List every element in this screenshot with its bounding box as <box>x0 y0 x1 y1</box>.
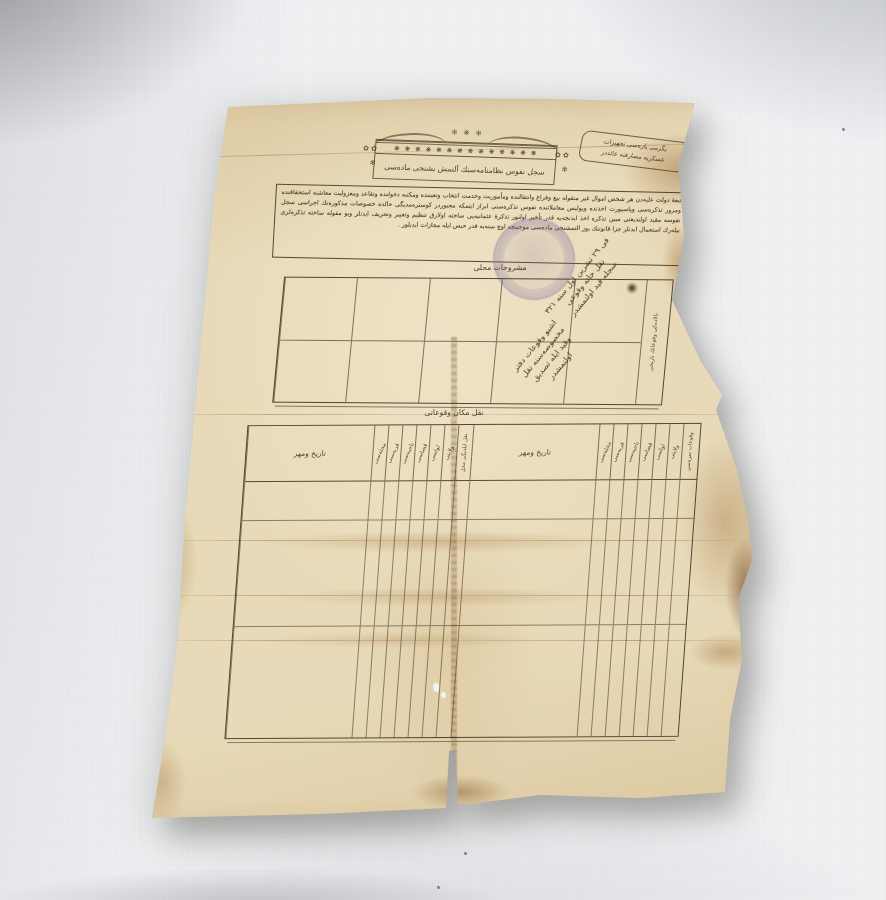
t2-cell <box>593 480 610 518</box>
photo-backdrop: يگرمى پاره‌سى تجهيزات عسكريه مصارفنه عائ… <box>0 0 886 900</box>
t2-col-label: ولايتى <box>669 444 681 460</box>
t2-col-header: تاريخ ومهر <box>244 426 374 483</box>
t2-cell <box>438 481 455 519</box>
t2-col-label: ولايتى <box>444 445 456 461</box>
t2-col-label: تاريخ ومهر <box>294 449 327 458</box>
t2-cell <box>234 520 368 627</box>
t2-cell <box>396 481 413 519</box>
t2-col-label: قضاسى <box>640 441 654 461</box>
t2-col-label: تاريخ ومهر <box>519 448 552 457</box>
flower-ornament-left: ✿ ✻ ✿ <box>359 144 378 178</box>
t2-col-label: ناحيه‌سى <box>400 442 415 465</box>
t2-col-header: تاريخ ومهر <box>469 424 599 481</box>
t2-cell <box>621 480 638 518</box>
transfer-title: نقل مكان وقوعاتى <box>386 408 522 417</box>
flower-ornament-right: ✿ ✻ ✿ <box>551 151 570 185</box>
t2-col-label: قريه‌سى <box>387 442 402 463</box>
t2-col-label: قريه‌سى <box>612 441 627 462</box>
t2-cell <box>241 482 370 521</box>
transfer-table: وقوعات نمره‌سىولايتىلواسىقضاسىناحيه‌سىقر… <box>224 423 701 739</box>
t2-cell <box>677 480 697 518</box>
t1-side-label: بالاده‌كى وقوعاتك تاريخى <box>649 313 660 371</box>
dust-speck <box>464 852 467 855</box>
t1-cell <box>418 341 496 404</box>
document-paper: يگرمى پاره‌سى تجهيزات عسكريه مصارفنه عائ… <box>140 92 760 832</box>
t1-cell <box>351 278 429 341</box>
t2-col-label: لواسى <box>655 443 668 460</box>
masthead-title: سجل نفوس نظامنامه‌سنك آلتمش بشنجى ماده‌س… <box>373 154 555 184</box>
t2-col-label: محله‌سى <box>597 441 612 464</box>
t2-cell <box>382 481 399 519</box>
dust-speck <box>842 128 845 131</box>
t2-cell <box>635 480 652 518</box>
annotations-table: بالاده‌كى وقوعاتك تاريخى فى ٢٩ تشرين اول… <box>272 277 674 406</box>
t2-cell <box>467 480 596 519</box>
t2-cell <box>225 626 359 739</box>
t2-col-label: محله‌سى <box>372 442 387 465</box>
t2-col-label: قضاسى <box>415 443 429 463</box>
paper-shadow-wrap: يگرمى پاره‌سى تجهيزات عسكريه مصارفنه عائ… <box>140 92 760 832</box>
t1-cell <box>424 279 502 342</box>
t2-col-label: وقوعات نمره‌سى <box>686 432 695 471</box>
dust-speck <box>437 886 440 889</box>
annotations-title: مشروحات محلى <box>430 263 570 272</box>
masthead: ✻ ❋ ✻ ✿ ✻ ✿ ✿ ✻ ✿ ❋ ❋ ❋ ❋ ❋ ❋ ❋ ❋ ❋ ❋ ❋ … <box>362 139 567 186</box>
t2-col-label: لواسى <box>430 444 443 461</box>
t2-cell <box>607 480 624 518</box>
t2-col-label: نقل ايلديگى محل <box>460 433 469 472</box>
t1-cell <box>346 340 424 403</box>
t2-cell <box>451 624 585 737</box>
t2-cell <box>410 481 427 519</box>
t2-cell <box>424 481 441 519</box>
t2-cell <box>368 481 385 519</box>
t2-col-label: ناحيه‌سى <box>625 440 640 463</box>
corner-note: يگرمى پاره‌سى تجهيزات عسكريه مصارفنه عائ… <box>577 130 690 174</box>
t1-cell <box>279 278 357 341</box>
t2-cell <box>452 481 470 519</box>
t1-cell <box>273 340 351 403</box>
t2-cell <box>649 480 666 518</box>
t2-cell <box>459 518 593 625</box>
t2-cell <box>663 480 680 518</box>
